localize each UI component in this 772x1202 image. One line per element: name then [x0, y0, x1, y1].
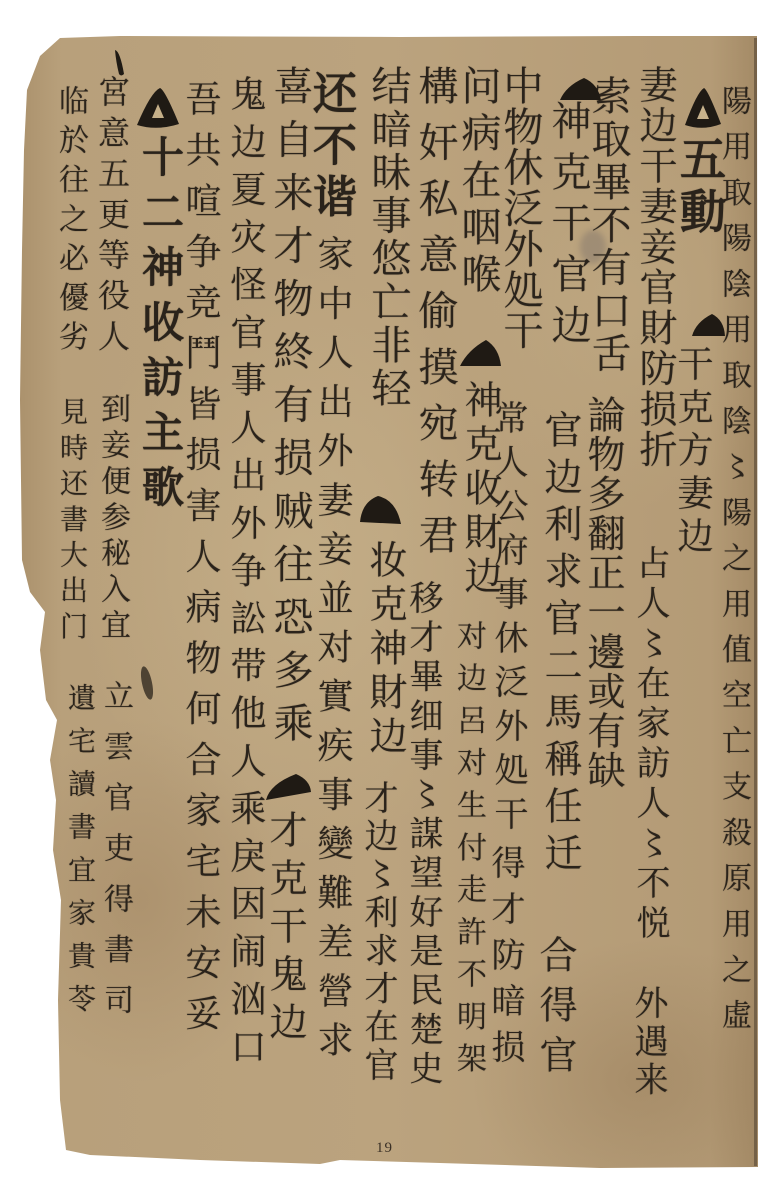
text-segment: 到妾便参秘入宜: [97, 393, 127, 645]
text-segment: 喜自来才物終有损贼往恐多乘: [270, 65, 310, 755]
ink-tick-mark: [112, 48, 126, 78]
text-segment: 才边〻利求才在官: [361, 780, 395, 1085]
section-heading: 十二神收訪主歌: [139, 135, 181, 520]
text-segment: 鬼边夏灾怪官事人出外争訟带他人乘戾因闹汹口: [227, 75, 263, 1075]
text-segment: 官边利求官二馬稱任迁: [541, 410, 579, 880]
section-marker-icon: [690, 312, 726, 338]
text-segment: 占人〻在家訪人〻不悦: [633, 545, 667, 945]
text-segment: 外遇来: [631, 985, 665, 1100]
text-segment: 宮意五更等役人: [96, 75, 128, 360]
section-marker-icon: [458, 338, 502, 368]
text-segment: 家中人出外妻妾並对實疾事變難差營求: [314, 235, 350, 1070]
page-binding-edge: [754, 38, 757, 1166]
scanned-page-background: 陽用取陽陰用取陰〻陽之用值空亡支殺原用之虛 五動 干克方妻边 妻边干妻妾官財防损…: [0, 0, 772, 1202]
text-segment: 神克干官边: [548, 100, 588, 355]
text-segment: 得才防暗损: [488, 845, 522, 1075]
text-segment: 还不谐: [308, 70, 352, 225]
section-marker-icon: [558, 76, 602, 102]
text-segment: 立雲官吏得書司: [100, 680, 130, 1035]
text-segment: 索取畢不有口舌: [588, 75, 628, 375]
manuscript-page: 陽用取陽陰用取陰〻陽之用值空亡支殺原用之虛 五動 干克方妻边 妻边干妻妾官財防损…: [0, 0, 772, 1202]
section-marker-icon: [358, 494, 402, 526]
page-number: 19: [376, 1140, 393, 1157]
section-marker-icon: [683, 86, 723, 130]
text-segment: 遺宅讀書宜家貴苓: [66, 683, 94, 1027]
text-segment: 論物多翻正一邊或有缺: [584, 395, 622, 790]
text-segment: 移才畢细事〻謀望好是民楚史: [406, 580, 440, 1090]
text-segment: 才克干鬼边: [266, 810, 304, 1050]
text-segment: 妻边干妻妾官財防损折: [636, 65, 674, 470]
text-segment: 临於往之必優劣: [55, 85, 85, 360]
section-marker-icon: [262, 772, 312, 802]
text-segment: 问病在咽喉: [458, 65, 498, 300]
ink-blot: [140, 664, 154, 702]
text-segment: 神克收財边: [461, 380, 499, 600]
text-segment: 合得官: [536, 935, 574, 1085]
text-segment: 结暗昧事悠亡非轻: [368, 65, 408, 410]
text-segment: 妆克神財边: [366, 540, 404, 760]
text-segment: 構奸私意偷摸宛转君: [415, 65, 455, 570]
text-segment: 干克方妻边: [674, 345, 710, 560]
text-segment: 見時还書大出门: [58, 397, 86, 647]
section-heading: 五動: [677, 135, 723, 240]
text-segment: 中物休泛外処干: [500, 65, 540, 350]
text-segment: 吾共喧争竞鬥皆损害人病物何合家宅未安妥: [182, 80, 218, 1045]
section-marker-icon: [135, 86, 181, 130]
text-segment: 对边呂对生付走許不明架: [453, 620, 483, 1085]
